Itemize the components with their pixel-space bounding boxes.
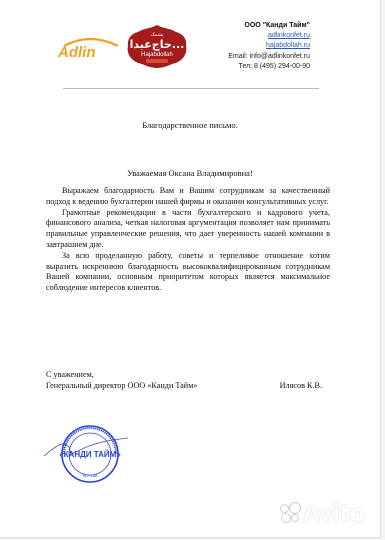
avito-watermark: Avito — [280, 502, 364, 527]
adlin-logo: Adlin — [56, 34, 122, 60]
letter-body: Выражаем благодарность Вам и Вашим сотру… — [46, 186, 330, 294]
paragraph-1: Выражаем благодарность Вам и Вашим сотру… — [46, 186, 330, 208]
letter-page: Adlin پشمک حاج‌عبدا... Hajabdollah ООО "… — [0, 0, 381, 538]
signature-block: С уважением, Генеральный директор ООО «К… — [46, 370, 330, 392]
company-name: ООО "Канди Тайм" — [228, 21, 310, 31]
signer-name: Илясов К.В. — [280, 381, 322, 392]
company-email: Email: info@adlinkonfet.ru — [228, 52, 310, 62]
signer-title: Генеральный директор ООО «Канди Тайм» — [46, 381, 197, 392]
stamp-text: «КАНДИ ТАЙМ» — [59, 450, 121, 459]
company-stamp-icon: «КАНДИ ТАЙМ» МОСКВА — [40, 410, 130, 490]
closing: С уважением, — [46, 370, 330, 381]
letter-greeting: Уважаемая Оксана Владимировна! — [0, 168, 380, 178]
letter-title: Благодарственное письмо. — [0, 120, 380, 130]
avito-logo-icon — [280, 503, 302, 523]
company-phone: Тел: 8 (495) 294-00-90 — [228, 62, 310, 72]
hajabdollah-logo: پشمک حاج‌عبدا... Hajabdollah — [126, 24, 188, 68]
svg-text:Hajabdollah: Hajabdollah — [141, 52, 173, 58]
svg-text:حاج‌عبدا...: حاج‌عبدا... — [130, 38, 185, 52]
company-contacts: ООО "Канди Тайм" adlinkonfet.ru hajabdol… — [228, 21, 310, 72]
header-divider — [63, 88, 319, 89]
website-link-adlin[interactable]: adlinkonfet.ru — [268, 32, 310, 39]
website-link-hajabdollah[interactable]: hajabdollah.ru — [266, 42, 310, 49]
svg-text:Adlin: Adlin — [57, 44, 96, 60]
paragraph-3: За всю проделанную работу, советы и терп… — [46, 251, 330, 294]
svg-text:МОСКВА: МОСКВА — [83, 474, 98, 478]
paragraph-2: Грамотные рекомендации в части бухгалтер… — [46, 208, 330, 251]
